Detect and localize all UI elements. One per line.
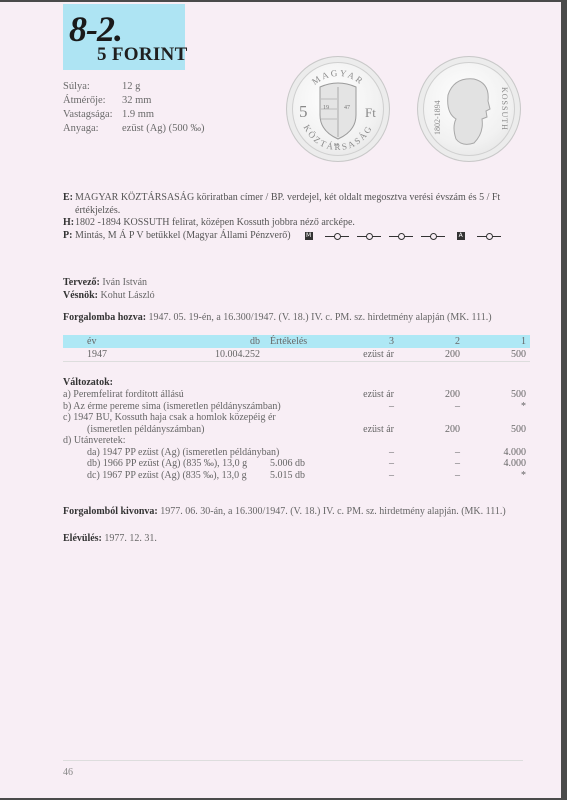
variant-text: da) 1947 PP ezüst (Ag) (ismeretlen példá… [87,447,279,459]
cell-grade-3: ezüst ár [363,348,394,361]
footer-divider [63,760,523,761]
reverse-text: 1802 -1894 KOSSUTH felirat, középen Koss… [75,217,355,230]
issued-label: Forgalomba hozva: [63,312,146,323]
variant-grade-3: – [389,470,394,482]
obverse-key: E: [63,192,75,205]
edge-ornament-icon [357,232,381,240]
variant-grade-3: – [389,458,394,470]
variant-grade-1: 4.000 [504,458,527,470]
header-db: db [250,335,260,348]
variants-section: Változatok: a) Peremfelirat fordított ál… [63,376,530,481]
variant-text: a) Peremfelirat fordított állású [63,389,184,401]
edge-letter-icon: A [457,232,465,240]
obverse-description: E: MAGYAR KÖZTÁRSASÁG köriratban címer /… [63,192,533,205]
designer-line: Tervező: Iván István [63,276,155,289]
coin-description: E: MAGYAR KÖZTÁRSASÁG köriratban címer /… [63,192,533,242]
obverse-text-continued: értékjelzés. [63,205,533,218]
edge-ornament-icon [325,232,349,240]
variant-text: dc) 1967 PP ezüst (Ag) (835 ‰), 13,0 g [87,470,247,482]
obverse-currency: Ft [365,105,376,120]
obverse-denomination: 5 [299,102,308,121]
variant-grade-3: ezüst ár [363,389,394,401]
issued-line: Forgalomba hozva: 1947. 05. 19-én, a 16.… [63,312,492,323]
reverse-name: KOSSUTH [500,87,509,131]
spec-value: 12 g [122,80,140,94]
variant-grade-2: – [455,470,460,482]
cell-ev: 1947 [87,348,107,361]
withdrawn-value: 1977. 06. 30-án, a 16.300/1947. (V. 18.)… [160,506,506,517]
variant-row: d) Utánveretek: [63,435,530,447]
coin-obverse-image: MAGYAR KÖZTÁRSASÁG 5 Ft 19 47 BP [286,56,390,162]
cell-grade-2: 200 [445,348,460,361]
page-number: 46 [63,767,73,778]
variant-count: 5.006 db [270,458,305,470]
variant-row: a) Peremfelirat fordított állásúezüst ár… [63,389,530,401]
variant-count: 5.015 db [270,470,305,482]
variant-text: (ismeretlen példányszámban) [87,424,204,436]
reverse-years: 1802-1894 [433,100,442,135]
variant-grade-3: – [389,447,394,459]
coin-reverse-image: 1802-1894 KOSSUTH [417,56,521,162]
reverse-description: H: 1802 -1894 KOSSUTH felirat, középen K… [63,217,533,230]
variant-grade-1: 500 [511,389,526,401]
spec-weight: Súlya:12 g [63,80,205,94]
spec-value: ezüst (Ag) (500 ‰) [122,122,205,136]
withdrawn-line: Forgalomból kivonva: 1977. 06. 30-án, a … [63,506,506,517]
variants-list: a) Peremfelirat fordított állásúezüst ár… [63,389,530,481]
header-grade-2: 2 [455,335,460,348]
edge-text: Mintás, M Á P V betűkkel (Magyar Állami … [75,230,291,243]
variant-grade-2: 200 [445,389,460,401]
variant-grade-2: – [455,447,460,459]
variant-row: db) 1966 PP ezüst (Ag) (835 ‰), 13,0 g5.… [63,458,530,470]
expiry-value: 1977. 12. 31. [104,533,157,544]
coin-name: 5 FORINT [97,44,188,66]
variant-row: dc) 1967 PP ezüst (Ag) (835 ‰), 13,0 g5.… [63,470,530,482]
spec-value: 32 mm [122,94,151,108]
cell-db: 10.004.252 [215,348,260,361]
edge-letter-icon: M [305,232,313,240]
spec-label: Súlya: [63,80,122,94]
credits: Tervező: Iván István Vésnök: Kohut Lászl… [63,276,155,302]
variant-grade-1: * [521,401,526,413]
edge-key: P: [63,230,75,243]
expiry-label: Elévülés: [63,533,102,544]
variant-text: d) Utánveretek: [63,435,125,447]
obverse-year-left: 19 [323,105,329,111]
reverse-key: H: [63,217,75,230]
variant-row: (ismeretlen példányszámban)ezüst ár20050… [63,424,530,436]
designer-label: Tervező: [63,277,100,288]
spec-label: Vastagsága: [63,108,122,122]
obverse-text: MAGYAR KÖZTÁRSASÁG köriratban címer / BP… [75,192,500,205]
mintage-table: év db Értékelés 3 2 1 1947 10.004.252 ez… [63,335,530,362]
spec-label: Átmérője: [63,94,122,108]
spec-value: 1.9 mm [122,108,154,122]
edge-ornament-icon [477,232,501,240]
variants-title: Változatok: [63,376,530,389]
edge-marks: MA [297,230,505,243]
variant-grade-2: 200 [445,424,460,436]
table-row: 1947 10.004.252 ezüst ár 200 500 [63,348,530,362]
edge-ornament-icon [421,232,445,240]
variant-grade-1: 4.000 [504,447,527,459]
header-grade-3: 3 [389,335,394,348]
cell-grade-1: 500 [511,348,526,361]
expiry-line: Elévülés: 1977. 12. 31. [63,533,157,544]
edge-description: P: Mintás, M Á P V betűkkel (Magyar Álla… [63,230,533,243]
header-ev: év [87,335,96,348]
header-grade-1: 1 [521,335,526,348]
variant-row: c) 1947 BU, Kossuth haja csak a homlok k… [63,412,530,424]
spec-diameter: Átmérője:32 mm [63,94,205,108]
obverse-year-right: 47 [344,105,350,111]
issued-value: 1947. 05. 19-én, a 16.300/1947. (V. 18.)… [149,312,492,323]
engraver-label: Vésnök: [63,290,98,301]
variant-grade-1: * [521,470,526,482]
engraver-line: Vésnök: Kohut László [63,289,155,302]
variant-grade-3: – [389,401,394,413]
variant-grade-1: 500 [511,424,526,436]
variant-grade-3: ezüst ár [363,424,394,436]
header-ertekeles: Értékelés [270,335,307,348]
variant-grade-2: – [455,401,460,413]
edge-ornament-icon [389,232,413,240]
spec-label: Anyaga: [63,122,122,136]
variant-text: db) 1966 PP ezüst (Ag) (835 ‰), 13,0 g [87,458,247,470]
withdrawn-label: Forgalomból kivonva: [63,506,158,517]
designer-value: Iván István [102,277,147,288]
document-page: 8-2. 5 FORINT Súlya:12 g Átmérője:32 mm … [0,2,561,798]
variant-row: b) Az érme pereme sima (ismeretlen példá… [63,401,530,413]
engraver-value: Kohut László [101,290,155,301]
obverse-mint-mark: BP [334,142,340,147]
spec-material: Anyaga:ezüst (Ag) (500 ‰) [63,122,205,136]
variant-text: c) 1947 BU, Kossuth haja csak a homlok k… [63,412,276,424]
specs-list: Súlya:12 g Átmérője:32 mm Vastagsága:1.9… [63,80,205,136]
table-header: év db Értékelés 3 2 1 [63,335,530,348]
spec-thickness: Vastagsága:1.9 mm [63,108,205,122]
variant-row: da) 1947 PP ezüst (Ag) (ismeretlen példá… [63,447,530,459]
variant-text: b) Az érme pereme sima (ismeretlen példá… [63,401,281,413]
variant-grade-2: – [455,458,460,470]
